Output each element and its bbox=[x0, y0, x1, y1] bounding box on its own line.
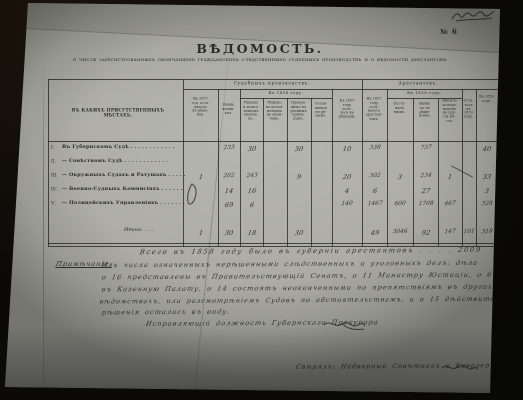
table-cell-value: 3 bbox=[469, 186, 504, 195]
total-label: Итого . . . . bbox=[124, 227, 204, 233]
table-cell-value: 30 bbox=[281, 228, 316, 237]
column-header-2: Рѣшено и испол- неніемъ оконче- но. bbox=[240, 101, 261, 121]
table-group-right: Арестантовъ. bbox=[362, 81, 476, 86]
table-cell-value: 30 bbox=[234, 144, 269, 153]
table-cell-value: 1 bbox=[432, 172, 467, 181]
table-cell-value: 737 bbox=[408, 144, 443, 151]
column-header-1: Вновь возни- кло. bbox=[218, 103, 238, 115]
table-cell-value: 6 bbox=[357, 186, 392, 195]
note-line-3: въ Казенную Палату, о 14 состоятъ неокон… bbox=[101, 283, 499, 294]
table-grid-line bbox=[48, 79, 49, 246]
table-cell-value: 9 bbox=[281, 172, 316, 181]
column-header-5: Остав- шихся не рѣ- шено. bbox=[311, 102, 330, 118]
document-subtitle: О ЧИСЛѢ ЗАРЕГИСТРОВАННЫХЪ ОКОНЧАНІЕМЪ ГР… bbox=[56, 58, 466, 63]
column-header-12: Въ 1859 годъ. bbox=[476, 95, 496, 103]
column-header-0: Въ 1857 год. оста- валось въ рѣше- ніи. bbox=[184, 97, 217, 117]
document-paper: № 6 ВѢДОМОСТЬ. О ЧИСЛѢ ЗАРЕГИСТРОВАННЫХЪ… bbox=[0, 0, 523, 400]
table-cell-value: 318 bbox=[470, 228, 505, 235]
table-yearbar-left: Въ 1858 году. bbox=[240, 91, 332, 95]
below-table-line: Всего въ 1858 году было въ губерніи арес… bbox=[139, 246, 482, 256]
table-grid-line bbox=[183, 89, 498, 90]
document-content: № 6 ВѢДОМОСТЬ. О ЧИСЛѢ ЗАРЕГИСТРОВАННЫХЪ… bbox=[0, 0, 523, 400]
table-cell-value: 328 bbox=[470, 200, 505, 207]
table-cell-value: 6 bbox=[234, 200, 269, 209]
table-cell-value: 33 bbox=[469, 172, 504, 181]
table-grid-line bbox=[48, 79, 498, 80]
signature-flourish-icon bbox=[322, 317, 366, 333]
table-grid-line bbox=[48, 243, 498, 244]
table-cell-value: 27 bbox=[408, 186, 443, 195]
table-cell-value: 243 bbox=[234, 172, 269, 179]
table-grid-line bbox=[240, 98, 332, 99]
table-cell-value: 16 bbox=[234, 186, 269, 195]
note-line-5: рѣшенія остались въ виду. bbox=[101, 308, 231, 317]
table-cell-value: 338 bbox=[357, 144, 392, 151]
table-grid-line bbox=[498, 79, 499, 246]
note-line-2: о 16 представлены въ Правительствующій С… bbox=[101, 271, 493, 282]
corner-scribble-icon bbox=[450, 8, 496, 24]
column-header-11: Оста- лось къ 1859 году. bbox=[463, 99, 475, 119]
note-line-1: Изъ числа означенныхъ нерѣшенными слѣдст… bbox=[101, 259, 479, 270]
column-header-4: Прекра- щено по разнымъ причи- намъ. bbox=[287, 101, 309, 121]
column-header-7: Въ 1857 году оста- валось арестан- товъ. bbox=[362, 97, 385, 121]
column-header-3: Рѣшено но испол- неніемъ не окон- чено. bbox=[263, 101, 285, 121]
table-row-header: ВЪ КАКИХЪ ПРИСУТСТВЕННЫХЪ МѢСТАХЪ. bbox=[57, 108, 179, 118]
table-yearbar-right: Въ 1858 году. bbox=[387, 91, 462, 95]
left-fold-crease bbox=[43, 55, 44, 385]
ink-blot-icon bbox=[184, 182, 200, 208]
column-header-6: Къ 1859 году оста- лось въ рѣшеніи. bbox=[333, 99, 361, 119]
table-group-left: Судебныхъ производствъ. bbox=[183, 81, 362, 86]
column-header-10: Выбыло за пере- водомъ въ дру- гія мѣ- с… bbox=[438, 99, 460, 123]
table-cell-value: 467 bbox=[433, 200, 468, 207]
photo-stage: № 6 ВѢДОМОСТЬ. О ЧИСЛѢ ЗАРЕГИСТРОВАННЫХЪ… bbox=[0, 0, 523, 400]
column-header-8: Посту- пило вновь. bbox=[387, 102, 411, 114]
table-grid-line bbox=[476, 89, 477, 246]
table-cell-value: 30 bbox=[281, 144, 316, 153]
table-grid-line bbox=[48, 141, 498, 142]
page-number: № 6 bbox=[440, 27, 458, 36]
table-row-label: — Совѣстномъ Судѣ . . . . . . . . . . . … bbox=[62, 158, 262, 164]
table-cell-value: 40 bbox=[469, 144, 504, 153]
table-cell-value: 18 bbox=[234, 228, 269, 237]
note-line-4: вѣдомствахъ, или разсмотрѣніемъ Судовъ п… bbox=[99, 294, 523, 305]
column-header-9: Выбы- ло по рѣше- ніямъ. bbox=[413, 102, 436, 118]
document-title: ВѢДОМОСТЬ. bbox=[150, 41, 370, 56]
signature-secondary-flourish-icon bbox=[440, 361, 478, 375]
